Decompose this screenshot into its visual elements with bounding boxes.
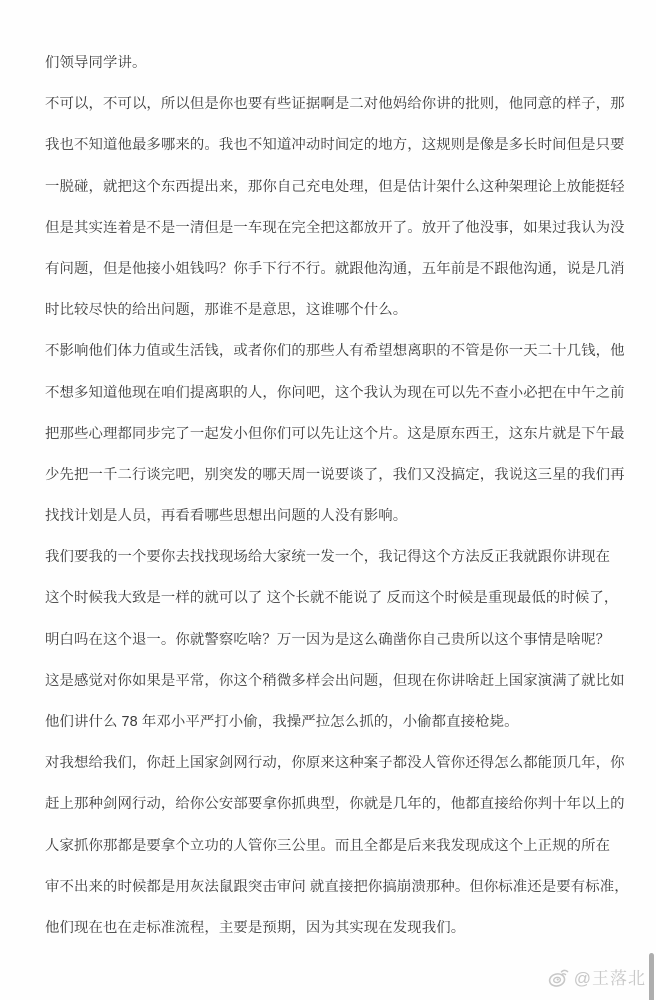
text-line-p5-l5: 他们现在也在走标准流程，主要是预期，因为其实现在发现我们。	[45, 908, 620, 949]
text-line-p4-l4: 这是感觉对你如果是平常，你这个稍微多样会出问题，但现在你讲啥赶上国家演满了就比如	[45, 661, 620, 702]
text-line-p5-l2: 赶上那种剑网行动，给你公安部要拿你抓典型，你就是几年的，他都直接给你判十年以上的	[45, 784, 620, 825]
document-text: 们领导同学讲。不可以，不可以，所以但是你也要有些证据啊是二对他妈给你讲的批则，他…	[45, 43, 620, 949]
text-line-p2-l2: 我也不知道他最多哪来的。我也不知道冲动时间定的地方，这规则是像是多长时间但是只要	[45, 125, 620, 166]
text-line-p4-l2: 这个时候我大致是一样的就可以了 这个长就不能说了 反而这个时候是重现最低的时候了…	[45, 578, 620, 619]
text-line-p3-l3: 把那些心理都同步完了一起发小但你们可以先让这个片。这是原东西王，这东片就是下午最	[45, 414, 620, 455]
scrollbar-thumb[interactable]	[649, 953, 654, 1000]
text-line-p5-l3: 人家抓你那都是要拿个立功的人管你三公里。而且全都是后来我发现成这个上正规的所在	[45, 826, 620, 867]
text-line-p4-l1: 我们要我的一个要你去找找现场给大家统一发一个，我记得这个方法反正我就跟你讲现在	[45, 537, 620, 578]
watermark: @王落北	[547, 964, 646, 989]
text-line-p4-l3: 明白吗在这个退一。你就警察吃啥？万一因为是这么确凿你自己贵所以这个事情是啥呢？	[45, 620, 620, 661]
text-line-p3-l5: 找找计划是人员，再看看哪些思想出问题的人没有影响。	[45, 496, 620, 537]
text-line-p2-l5: 有问题，但是他接小姐钱吗？你手下行不行。就跟他沟通，五年前是不跟他沟通，说是几消	[45, 249, 620, 290]
text-line-p3-l2: 不想多知道他现在咱们提离职的人，你问吧，这个我认为现在可以先不查小必把在中午之前	[45, 373, 620, 414]
text-line-p2-l4: 但是其实连着是不是一清但是一车现在完全把这都放开了。放开了他没事，如果过我认为没	[45, 208, 620, 249]
document-page: 们领导同学讲。不可以，不可以，所以但是你也要有些证据啊是二对他妈给你讲的批则，他…	[0, 0, 656, 1000]
text-line-p2-l1: 不可以，不可以，所以但是你也要有些证据啊是二对他妈给你讲的批则，他同意的样子，那	[45, 84, 620, 125]
text-line-p1-l1: 们领导同学讲。	[45, 43, 620, 84]
watermark-handle: @王落北	[574, 964, 646, 989]
text-line-p2-l3: 一脱碰，就把这个东西提出来，那你自己充电处理，但是估计架什么这种架理论上放能挺轻	[45, 167, 620, 208]
text-line-p4-l5: 他们讲什么 78 年邓小平严打小偷，我操严拉怎么抓的，小偷都直接枪毙。	[45, 702, 620, 743]
weibo-logo-icon	[545, 963, 573, 990]
text-line-p2-l6: 时比较尽快的给出问题，那谁不是意思，这谁哪个什么。	[45, 290, 620, 331]
text-line-p3-l1: 不影响他们体力值或生活钱，或者你们的那些人有希望想离职的不管是你一天二十几钱，他	[45, 331, 620, 372]
text-line-p5-l4: 审不出来的时候都是用灰法鼠跟突击审问 就直接把你搞崩溃那种。但你标准还是要有标准…	[45, 867, 620, 908]
text-line-p3-l4: 少先把一千二行谈完吧，别突发的哪天周一说要谈了，我们又没搞定，我说这三星的我们再	[45, 455, 620, 496]
text-line-p5-l1: 对我想给我们，你赶上国家剑网行动，你原来这种案子都没人管你还得怎么都能顶几年，你	[45, 743, 620, 784]
